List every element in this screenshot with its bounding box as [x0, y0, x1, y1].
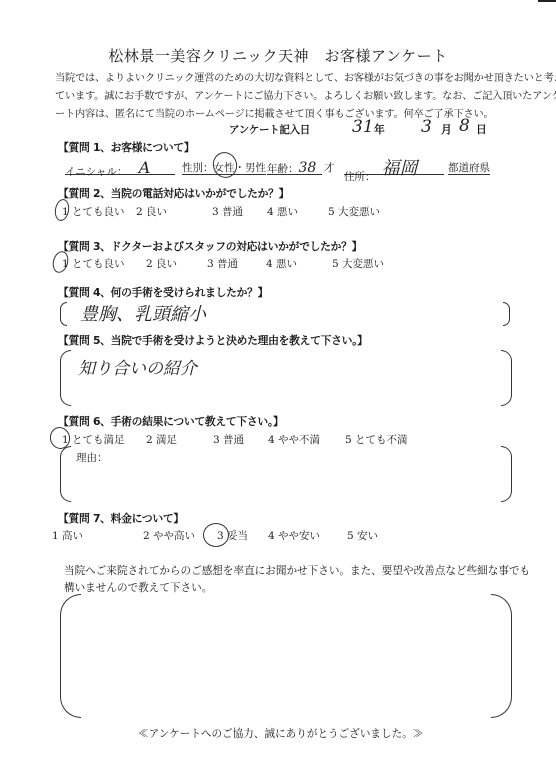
q7-option-1[interactable]: 1 高い — [52, 528, 83, 543]
feedback-bracket-left — [60, 594, 81, 718]
intro-line-1: 当院では、よりよいクリニック運営のための大切な資料として、お客様がお気づきの事を… — [55, 69, 556, 84]
address-label: 住所： — [344, 171, 376, 183]
date-year-unit: 年 — [374, 122, 385, 137]
q6-bracket-right — [501, 446, 512, 502]
feedback-field[interactable] — [60, 594, 512, 718]
question-5-heading: 【質問 5、当院で手術を受けようと決めた理由を教えて下さい。】 — [58, 333, 368, 348]
question-1-heading: 【質問 1、お客様について】 — [58, 140, 194, 155]
date-month-unit: 月 — [441, 122, 452, 137]
feedback-bracket-right — [491, 594, 512, 718]
question-3-heading: 【質問 3、ドクターおよびスタッフの対応はいかがでしたか？】 — [58, 239, 362, 254]
q2-option-2[interactable]: 2 良い — [136, 204, 167, 219]
initial-label: イニシャル： — [65, 166, 127, 178]
address-unit: 都道府県 — [448, 160, 490, 175]
question-2-heading: 【質問 2、当院の電話対応はいかがでしたか？】 — [58, 186, 289, 201]
feedback-prompt-line-1: 当院へご来院されてからのご感想を率直にお聞かせ下さい。また、要望や改善点など些細… — [64, 563, 530, 578]
age-field[interactable]: 年齢：38 — [267, 160, 322, 175]
feedback-prompt-line-2: 構いませんので教えて下さい。 — [64, 580, 212, 595]
q2-option-1[interactable]: 1 とても良い — [62, 204, 125, 219]
q6-option-4[interactable]: 4 やや不満 — [268, 432, 320, 447]
q3-option-4[interactable]: 4 悪い — [266, 256, 297, 271]
q2-option-5[interactable]: 5 大変悪い — [328, 204, 380, 219]
address-field[interactable]: 住所：福岡 — [344, 160, 444, 175]
age-unit: 才 — [324, 160, 335, 175]
initial-value: A — [139, 158, 151, 177]
initial-field[interactable]: イニシャル： A — [65, 160, 175, 175]
gender-label: 性別： — [182, 162, 214, 174]
q6-option-2[interactable]: 2 満足 — [146, 432, 177, 447]
question-4-heading: 【質問 4、何の手術を受けられましたか？】 — [58, 285, 268, 300]
q6-reason-label: 理由： — [76, 450, 108, 465]
date-month-field[interactable]: 3 — [421, 117, 432, 137]
date-day-field[interactable]: 8 — [459, 116, 470, 136]
question-6-heading: 【質問 6、手術の結果について教えて下さい。】 — [58, 414, 284, 429]
q3-option-2[interactable]: 2 良い — [146, 256, 177, 271]
gender-option-male[interactable]: 男性 — [245, 162, 266, 174]
q3-option-3[interactable]: 3 普通 — [207, 256, 238, 271]
q4-answer-field[interactable]: 豊胸、乳頭縮小 — [60, 302, 510, 326]
q7-selected-circle — [203, 523, 229, 547]
q6-option-1[interactable]: 1 とても満足 — [62, 432, 125, 447]
q7-option-4[interactable]: 4 やや安い — [268, 528, 320, 543]
q3-option-1[interactable]: 1 とても良い — [62, 256, 125, 271]
q4-bracket-left — [60, 302, 67, 326]
age-label: 年齢： — [267, 163, 299, 175]
address-value: 福岡 — [382, 158, 418, 179]
q7-option-5[interactable]: 5 安い — [347, 528, 378, 543]
date-label: アンケート記入日 — [229, 122, 310, 137]
question-7-heading: 【質問 7、料金について】 — [58, 511, 184, 526]
q2-option-4[interactable]: 4 悪い — [267, 204, 298, 219]
scan-corner-mark — [538, 0, 556, 2]
q7-option-2[interactable]: 2 やや高い — [143, 528, 195, 543]
footer-thanks: ≪アンケートへのご協力、誠にありがとうございました。≫ — [138, 726, 423, 741]
date-year-field[interactable]: 31 — [352, 117, 374, 137]
date-day-unit: 日 — [476, 122, 487, 137]
q5-answer-value: 知り合いの紹介 — [78, 354, 197, 379]
q5-answer-field[interactable]: 知り合いの紹介 — [60, 350, 512, 407]
q6-reason-field[interactable]: 理由： — [60, 446, 512, 502]
intro-line-2: ています。誠にお手数ですが、アンケートにご協力下さい。よろしくお願い致します。な… — [55, 87, 556, 102]
q6-option-3[interactable]: 3 普通 — [213, 432, 244, 447]
page-title: 松林景一美容クリニック天神 お客様アンケート — [0, 45, 556, 66]
gender-selected-circle — [209, 149, 240, 182]
q4-answer-value: 豊胸、乳頭縮小 — [80, 300, 206, 326]
q6-option-5[interactable]: 5 とても不満 — [345, 432, 408, 447]
age-value: 38 — [299, 160, 317, 176]
q5-bracket-left — [60, 350, 71, 406]
q3-option-5[interactable]: 5 大変悪い — [332, 256, 384, 271]
q5-bracket-right — [501, 350, 512, 406]
q6-bracket-left — [60, 446, 71, 502]
q4-bracket-right — [503, 302, 510, 326]
q2-option-3[interactable]: 3 普通 — [212, 204, 243, 219]
